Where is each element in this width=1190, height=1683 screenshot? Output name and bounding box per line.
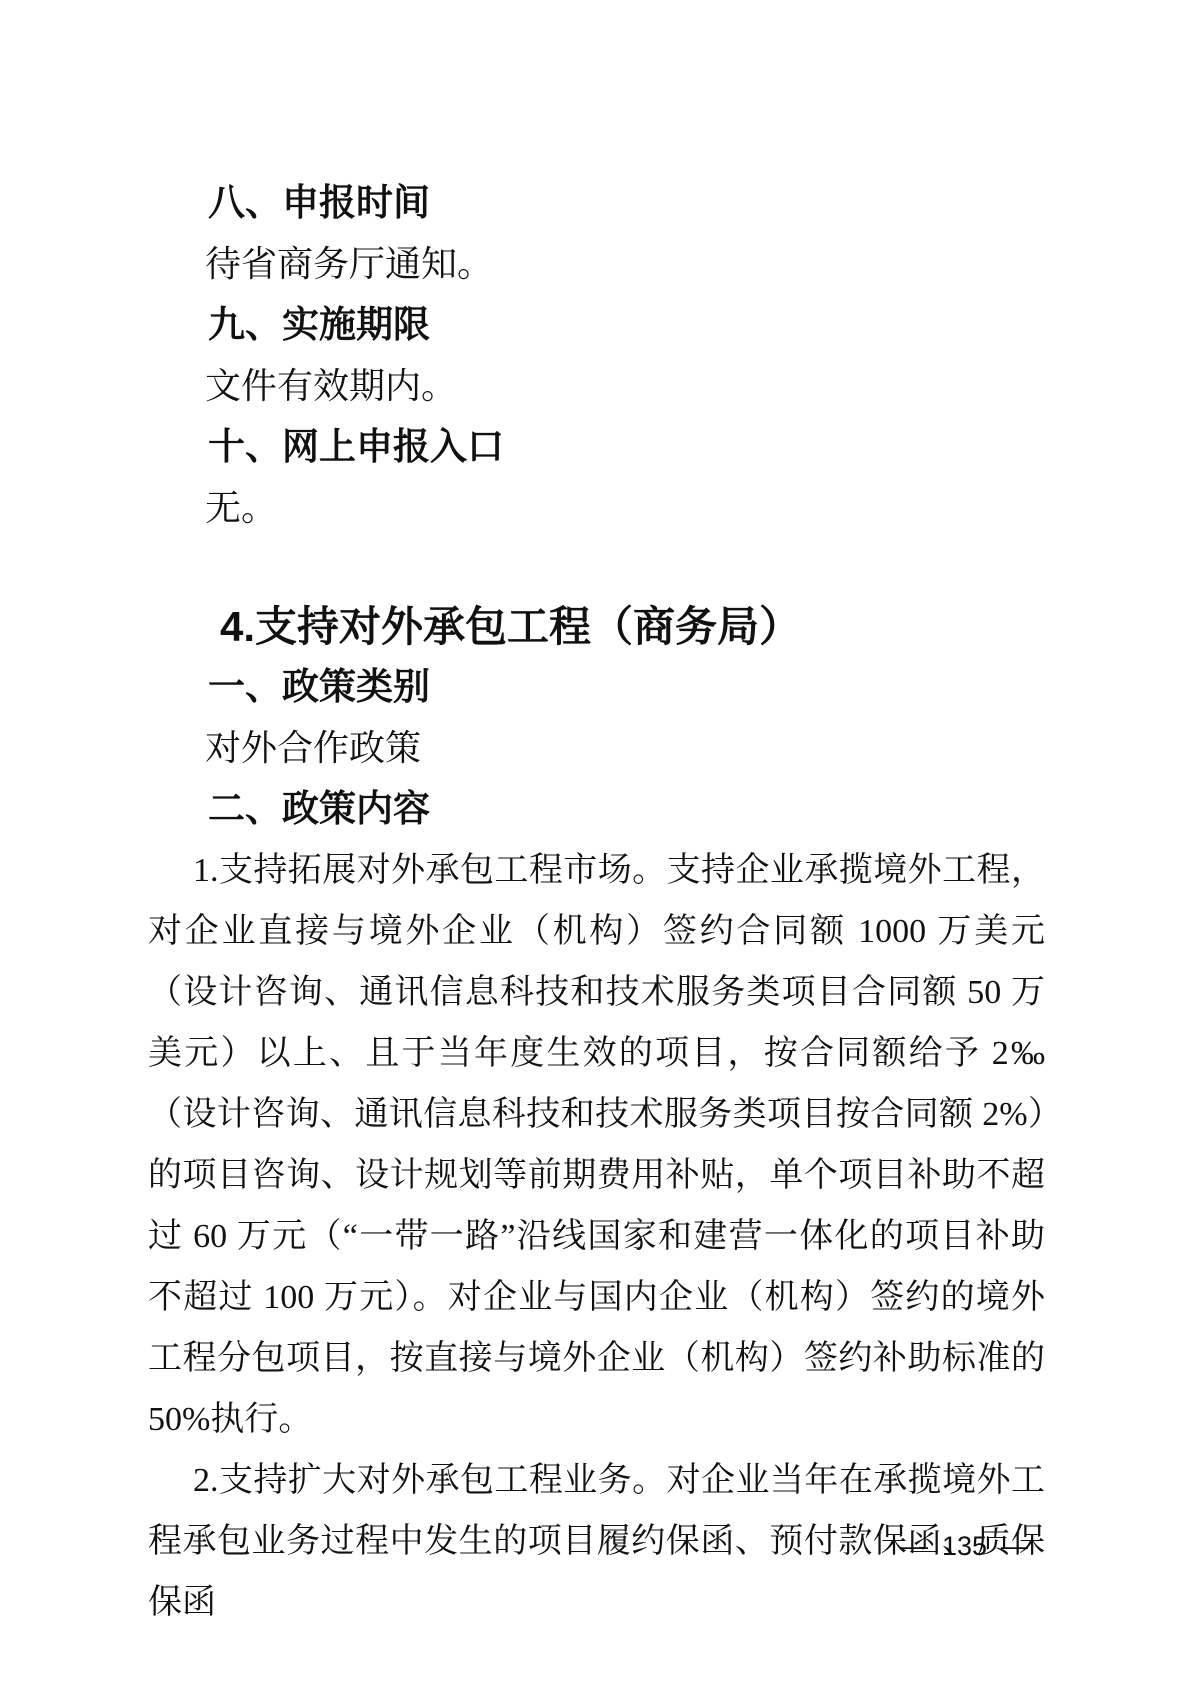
section-8-heading: 八、申报时间 (148, 173, 1045, 234)
section-9-body: 文件有效期内。 (148, 356, 1045, 417)
policy-title: 4.支持对外承包工程（商务局） (148, 596, 1045, 657)
section-gap (148, 539, 1045, 596)
section-10-body: 无。 (148, 478, 1045, 539)
policy-category-heading: 一、政策类别 (148, 657, 1045, 718)
page-content: 八、申报时间 待省商务厅通知。 九、实施期限 文件有效期内。 十、网上申报入口 … (148, 173, 1045, 1633)
page-number-dash-left: — (901, 1531, 928, 1561)
document-page: 八、申报时间 待省商务厅通知。 九、实施期限 文件有效期内。 十、网上申报入口 … (0, 0, 1190, 1683)
policy-category-body: 对外合作政策 (148, 718, 1045, 779)
section-10-heading: 十、网上申报入口 (148, 417, 1045, 478)
section-8-body: 待省商务厅通知。 (148, 234, 1045, 295)
policy-content-paragraph-1: 1.支持拓展对外承包工程市场。支持企业承揽境外工程，对企业直接与境外企业（机构）… (148, 840, 1045, 1450)
page-number-value: 135 (942, 1531, 987, 1561)
section-9-heading: 九、实施期限 (148, 295, 1045, 356)
page-number-dash-right: — (1001, 1531, 1028, 1561)
page-number: —135— (894, 1531, 1035, 1561)
policy-content-heading: 二、政策内容 (148, 779, 1045, 840)
